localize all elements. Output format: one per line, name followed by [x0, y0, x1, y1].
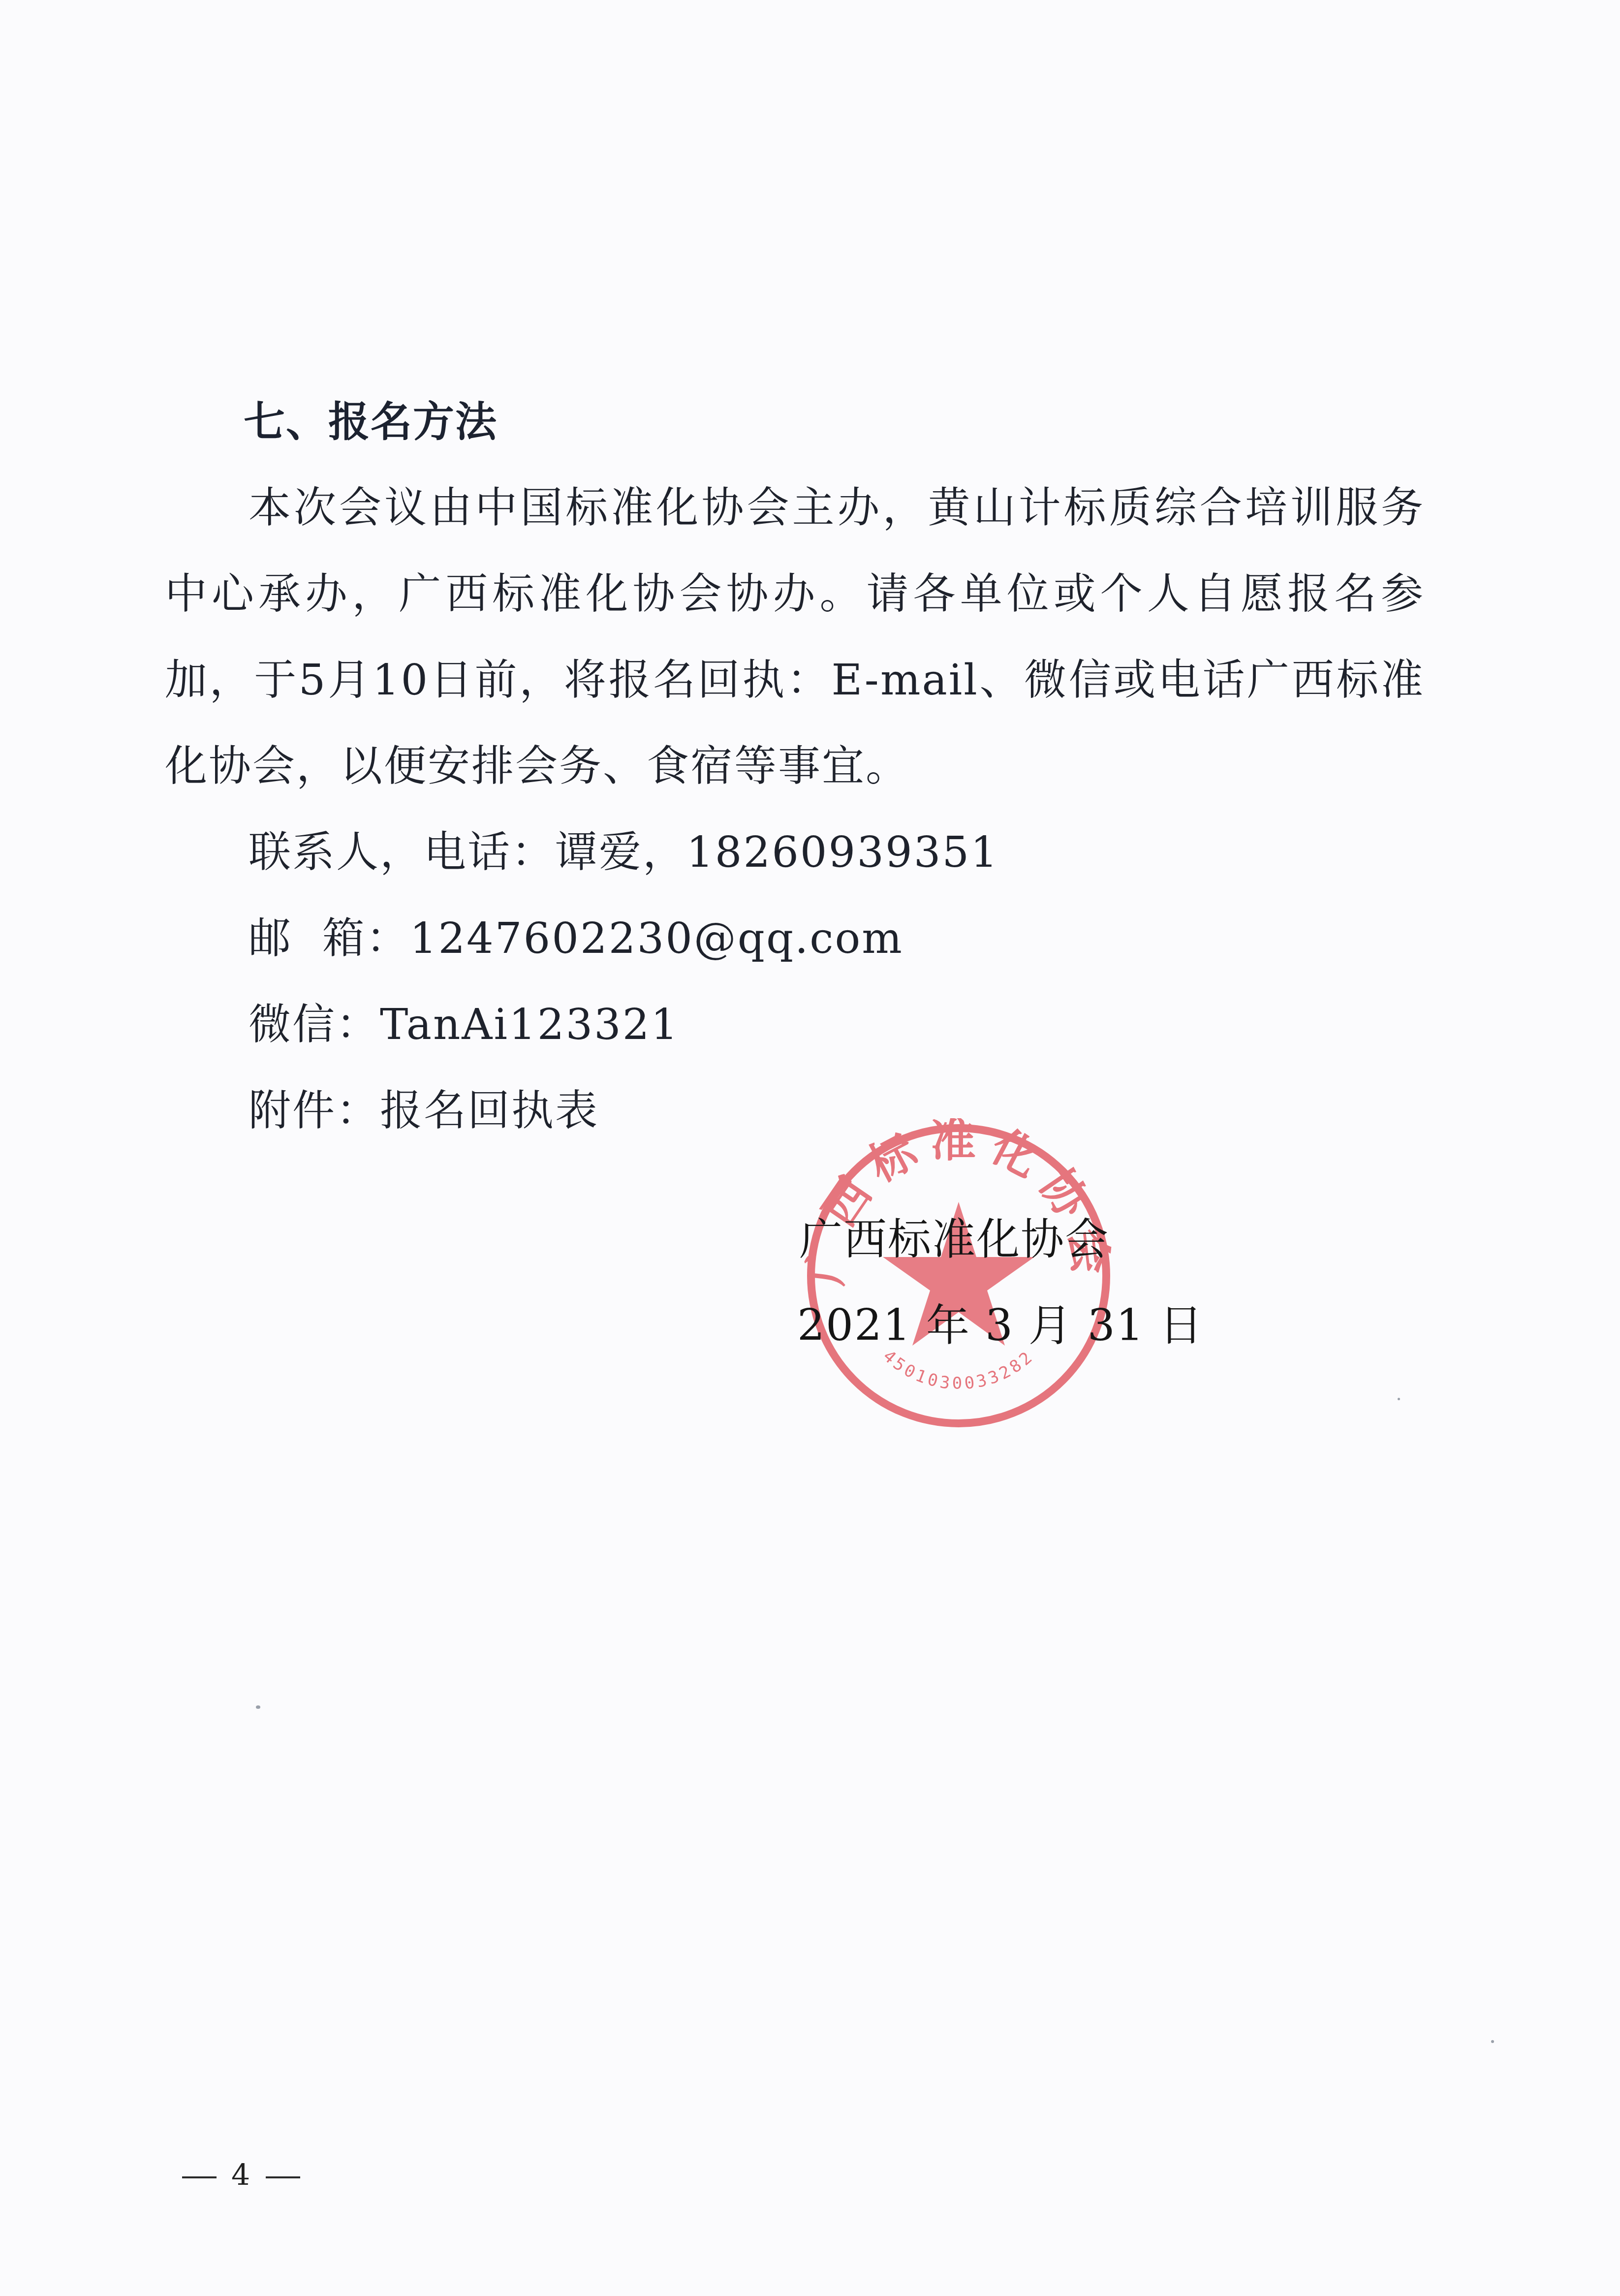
- scan-speck: [1491, 2040, 1494, 2043]
- scan-speck: [256, 1705, 260, 1709]
- section-heading: 七、报名方法: [165, 379, 1425, 465]
- email-line: 邮 箱：1247602230@qq.com: [165, 896, 1425, 982]
- document-page: 七、报名方法 本次会议由中国标准化协会主办，黄山计标质综合培训服务中心承办，广西…: [0, 0, 1620, 2296]
- attachment-label: 附件：: [249, 1086, 380, 1135]
- wechat-label: 微信：: [249, 1000, 380, 1049]
- attachment-value: 报名回执表: [380, 1086, 599, 1135]
- signature-organization: 广西标准化协会: [797, 1196, 1171, 1282]
- page-number-dash-right: [266, 2176, 300, 2178]
- page-number: 4: [231, 2158, 251, 2193]
- contact-label: 联系人，电话：: [249, 828, 555, 877]
- wechat-value: TanAi123321: [380, 1000, 679, 1049]
- attachment-line: 附件：报名回执表: [165, 1068, 1425, 1154]
- signature-date: 2021 年 3 月 31 日: [797, 1282, 1171, 1368]
- wechat-line: 微信：TanAi123321: [165, 982, 1425, 1068]
- body-paragraph: 本次会议由中国标准化协会主办，黄山计标质综合培训服务中心承办，广西标准化协会协办…: [165, 465, 1425, 810]
- page-number-footer: 4: [167, 2156, 315, 2195]
- contact-value: 谭爱，18260939351: [555, 828, 999, 877]
- document-body: 七、报名方法 本次会议由中国标准化协会主办，黄山计标质综合培训服务中心承办，广西…: [165, 379, 1425, 1154]
- scan-speck: [1398, 1398, 1400, 1400]
- email-label: 邮 箱：: [249, 914, 410, 963]
- email-value: 1247602230@qq.com: [410, 914, 903, 963]
- contact-line: 联系人，电话：谭爱，18260939351: [165, 810, 1425, 896]
- signature-block: 广西标准化协会 2021 年 3 月 31 日: [797, 1196, 1171, 1368]
- page-number-dash-left: [182, 2176, 217, 2178]
